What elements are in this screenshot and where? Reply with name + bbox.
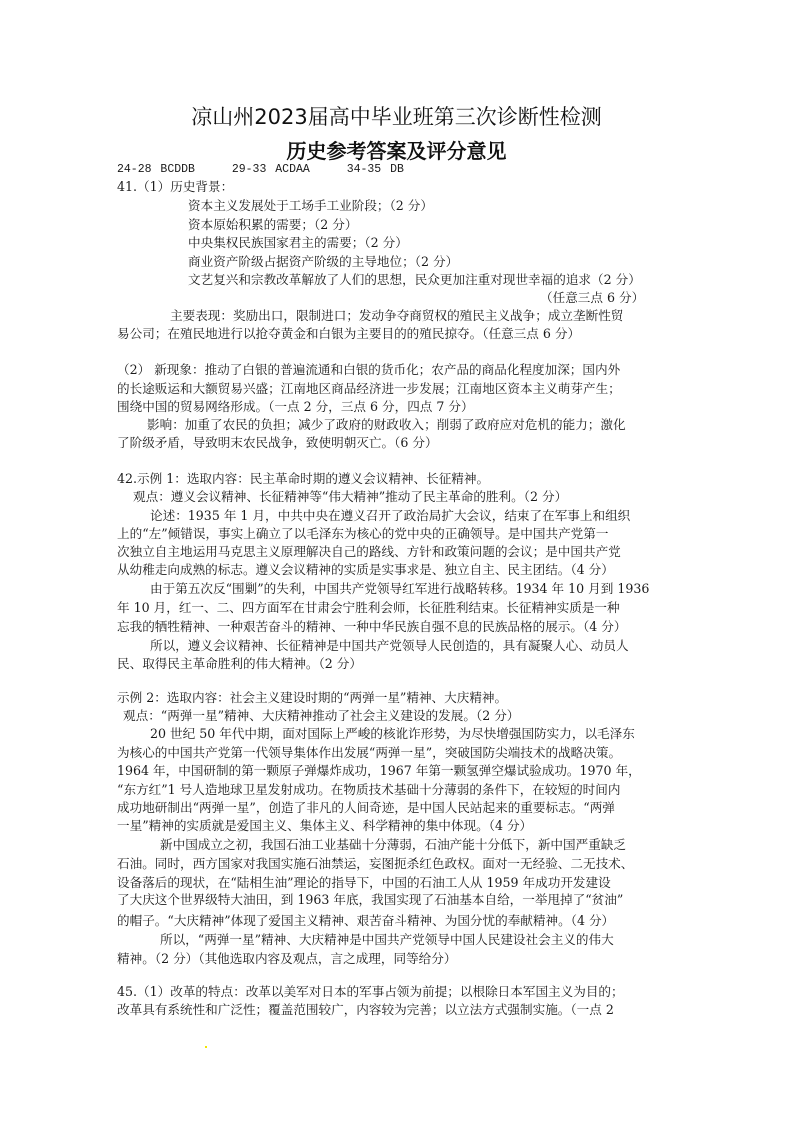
text-line: 主要表现：奖励出口，限制进口；发动争夺商贸权的殖民主义战争；成立垄断性贸 bbox=[170, 307, 623, 324]
text-line: 观点：遵义会议精神、长征精神等“伟大精神”推动了民主革命的胜利。（2 分） bbox=[133, 488, 567, 505]
text-line: 新中国成立之初，我国石油工业基础十分薄弱，石油产能十分低下，新中国严重缺乏 bbox=[160, 836, 626, 853]
scan-speck bbox=[205, 1046, 207, 1048]
text-line: 1964 年，中国研制的第一颗原子弹爆炸成功，1967 年第一颗氢弹空爆试验成功… bbox=[117, 762, 641, 779]
text-line: 20 世纪 50 年代中期，面对国际上严峻的核讹诈形势，为尽快增强国防实力，以毛… bbox=[150, 725, 635, 742]
text-line: 所以，遵义会议精神、长征精神是中国共产党领导人民创造的，具有凝聚人心、动员人 bbox=[150, 637, 629, 654]
text-line: 资本原始积累的需要；（2 分） bbox=[188, 216, 357, 233]
text-line: 了大庆这个世界级特大油田，到 1963 年底，我国实现了石油基本自给，一举甩掉了… bbox=[117, 891, 623, 908]
text-line: 一星”精神的实质就是爱国主义、集体主义、科学精神的集中体现。（4 分） bbox=[117, 817, 532, 834]
text-line: 设备落后的现状，在“陆相生油”理论的指导下，中国的石油工人从 1959 年成功开… bbox=[117, 874, 611, 891]
q42-heading: 42.示例 1：选取内容：民主革命时期的遵义会议精神、长征精神。 bbox=[117, 470, 489, 487]
text-line: 的帽子。“大庆精神”体现了爱国主义精神、艰苦奋斗精神、为国分忧的奉献精神。（4 … bbox=[117, 912, 614, 929]
document-page: 凉山州2023届高中毕业班第三次诊断性检测 历史参考答案及评分意见 24-28 … bbox=[0, 0, 793, 1122]
answer-range: 29-33 ACDAA bbox=[232, 163, 310, 176]
text-line: 成功地研制出“两弹一星”，创造了非凡的人间奇迹，是中国人民站起来的重要标志。“两… bbox=[117, 799, 615, 816]
answer-range: 34-35 DB bbox=[347, 163, 404, 176]
answer-key-subtitle: 历史参考答案及评分意见 bbox=[0, 135, 793, 164]
text-line: 石油。同时，西方国家对我国实施石油禁运，妄图扼杀红色政权。面对一无经验、二无技术… bbox=[117, 855, 633, 872]
text-line: 影响：加重了农民的负担；减少了政府的财政收入；削弱了政府应对危机的能力；激化 bbox=[147, 416, 626, 433]
text-line: 资本主义发展处于工场手工业阶段；（2 分） bbox=[188, 197, 433, 214]
text-line: （2） 新现象：推动了白银的普遍流通和白银的货币化；农产品的商品化程度加深；国内… bbox=[117, 361, 620, 378]
answer-range: 24-28 BCDDB bbox=[117, 163, 195, 176]
text-line: 改革具有系统性和广泛性；覆盖范围较广，内容较为完善；以立法方式强制实施。（一点 … bbox=[117, 1001, 614, 1018]
text-line: 民、取得民主革命胜利的伟大精神。（2 分） bbox=[117, 655, 362, 672]
q41-heading: 41.（1）历史背景： bbox=[117, 178, 233, 195]
text-line: 忘我的牺牲精神、一种艰苦奋斗的精神、一种中华民族自强不息的民族品格的展示。（4 … bbox=[117, 618, 626, 635]
text-line: 次独立自主地运用马克思主义原理解决自己的路线、方针和政策问题的会议；是中国共产党 bbox=[117, 543, 621, 560]
text-line: 中央集权民族国家君主的需要；（2 分） bbox=[188, 234, 408, 251]
text-line: 了阶级矛盾，导致明末农民战争，致使明朝灭亡。（6 分） bbox=[117, 434, 438, 451]
text-line: 商业资产阶级占据资产阶级的主导地位；（2 分） bbox=[188, 253, 458, 270]
q45-heading: 45.（1）改革的特点：改革以美军对日本的军事占领为前提；以根除日本军国主义为目… bbox=[117, 983, 624, 1000]
text-line: 由于第五次反“围剿”的失利，中国共产党领导红军进行战略转移。1934 年 10 … bbox=[150, 580, 649, 597]
text-line: 所以，“两弹一星”精神、大庆精神是中国共产党领导中国人民建设社会主义的伟大 bbox=[160, 931, 614, 948]
text-line: （任意三点 6 分） bbox=[540, 289, 644, 306]
text-line: 文艺复兴和宗教改革解放了人们的思想，民众更加注重对现世幸福的追求（2 分） bbox=[188, 271, 641, 288]
text-line: 观点：“两弹一星”精神、大庆精神推动了社会主义建设的发展。（2 分） bbox=[123, 707, 519, 724]
text-line: 论述：1935 年 1 月，中共中央在遵义召开了政治局扩大会议，结束了在军事上和… bbox=[150, 507, 630, 524]
exam-title: 凉山州2023届高中毕业班第三次诊断性检测 bbox=[0, 101, 793, 131]
text-line: 精神。（2 分）（其他选取内容及观点，言之成理，同等给分） bbox=[117, 950, 456, 967]
choice-answers: 24-28 BCDDB 29-33 ACDAA 34-35 DB bbox=[117, 163, 432, 176]
text-line: 上的“左”倾错误，事实上确立了以毛泽东为核心的党中央的正确领导。是中国共产党第一 bbox=[117, 525, 608, 542]
text-line: 年 10 月，红一、二、四方面军在甘肃会宁胜利会师，长征胜利结束。长征精神实质是… bbox=[117, 599, 620, 616]
text-line: 从幼稚走向成熟的标志。遵义会议精神的实质是实事求是、独立自主、民主团结。（4 分… bbox=[117, 561, 614, 578]
example-2-heading: 示例 2：选取内容：社会主义建设时期的“两弹一星”精神、大庆精神。 bbox=[117, 689, 507, 706]
text-line: 围绕中国的贸易网络形成。（一点 2 分，三点 6 分，四点 7 分） bbox=[117, 398, 474, 415]
text-line: 为核心的中国共产党第一代领导集体作出发展“两弹一星”，突破国防尖端技术的战略决策… bbox=[117, 744, 621, 761]
text-line: 易公司；在殖民地进行以抢夺黄金和白银为主要目的的殖民掠夺。（任意三点 6 分） bbox=[117, 325, 580, 342]
text-line: “东方红”1 号人造地球卫星发射成功。在物质技术基础十分薄弱的条件下，在较短的时… bbox=[117, 781, 620, 798]
text-line: 的长途贩运和大额贸易兴盛；江南地区商品经济进一步发展；江南地区资本主义萌芽产生； bbox=[117, 380, 621, 397]
